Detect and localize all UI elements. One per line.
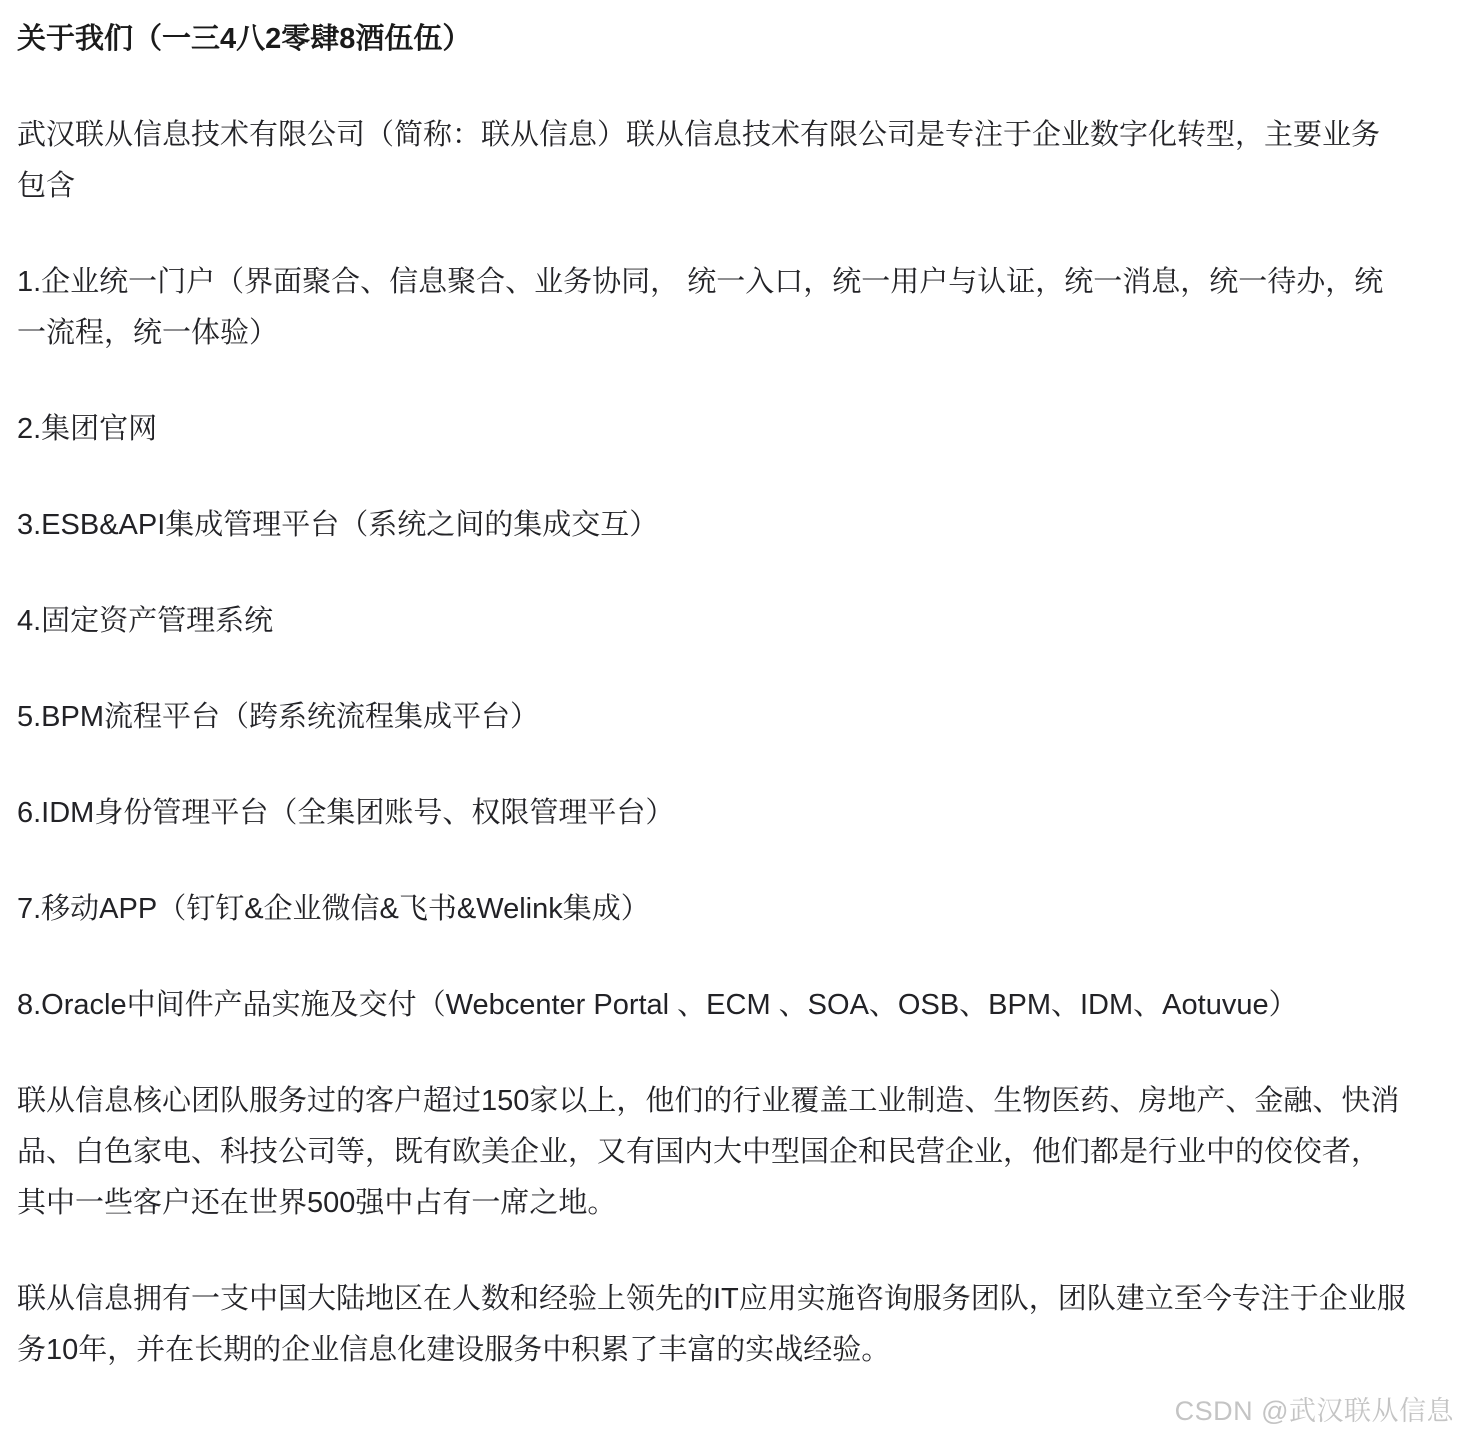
business-item-3: 3.ESB&API集成管理平台（系统之间的集成交互） <box>17 500 1407 551</box>
business-item-2: 2.集团官网 <box>17 404 1407 455</box>
business-item-1: 1.企业统一门户（界面聚合、信息聚合、业务协同， 统一入口，统一用户与认证，统一… <box>17 257 1407 359</box>
intro-paragraph: 武汉联从信息技术有限公司（简称：联从信息）联从信息技术有限公司是专注于企业数字化… <box>17 110 1407 212</box>
business-item-4: 4.固定资产管理系统 <box>17 596 1407 647</box>
team-paragraph: 联从信息拥有一支中国大陆地区在人数和经验上领先的IT应用实施咨询服务团队，团队建… <box>17 1274 1407 1376</box>
business-item-6: 6.IDM身份管理平台（全集团账号、权限管理平台） <box>17 788 1407 839</box>
article-title: 关于我们（一三4八2零肆8酒伍伍） <box>17 14 1407 65</box>
business-item-7: 7.移动APP（钉钉&企业微信&飞书&Welink集成） <box>17 884 1407 935</box>
business-item-5: 5.BPM流程平台（跨系统流程集成平台） <box>17 692 1407 743</box>
csdn-watermark: CSDN @武汉联从信息 <box>1175 1389 1454 1428</box>
article-body: 关于我们（一三4八2零肆8酒伍伍） 武汉联从信息技术有限公司（简称：联从信息）联… <box>17 14 1407 1421</box>
customers-paragraph: 联从信息核心团队服务过的客户超过150家以上，他们的行业覆盖工业制造、生物医药、… <box>17 1076 1407 1229</box>
business-item-8: 8.Oracle中间件产品实施及交付（Webcenter Portal 、ECM… <box>17 980 1407 1031</box>
